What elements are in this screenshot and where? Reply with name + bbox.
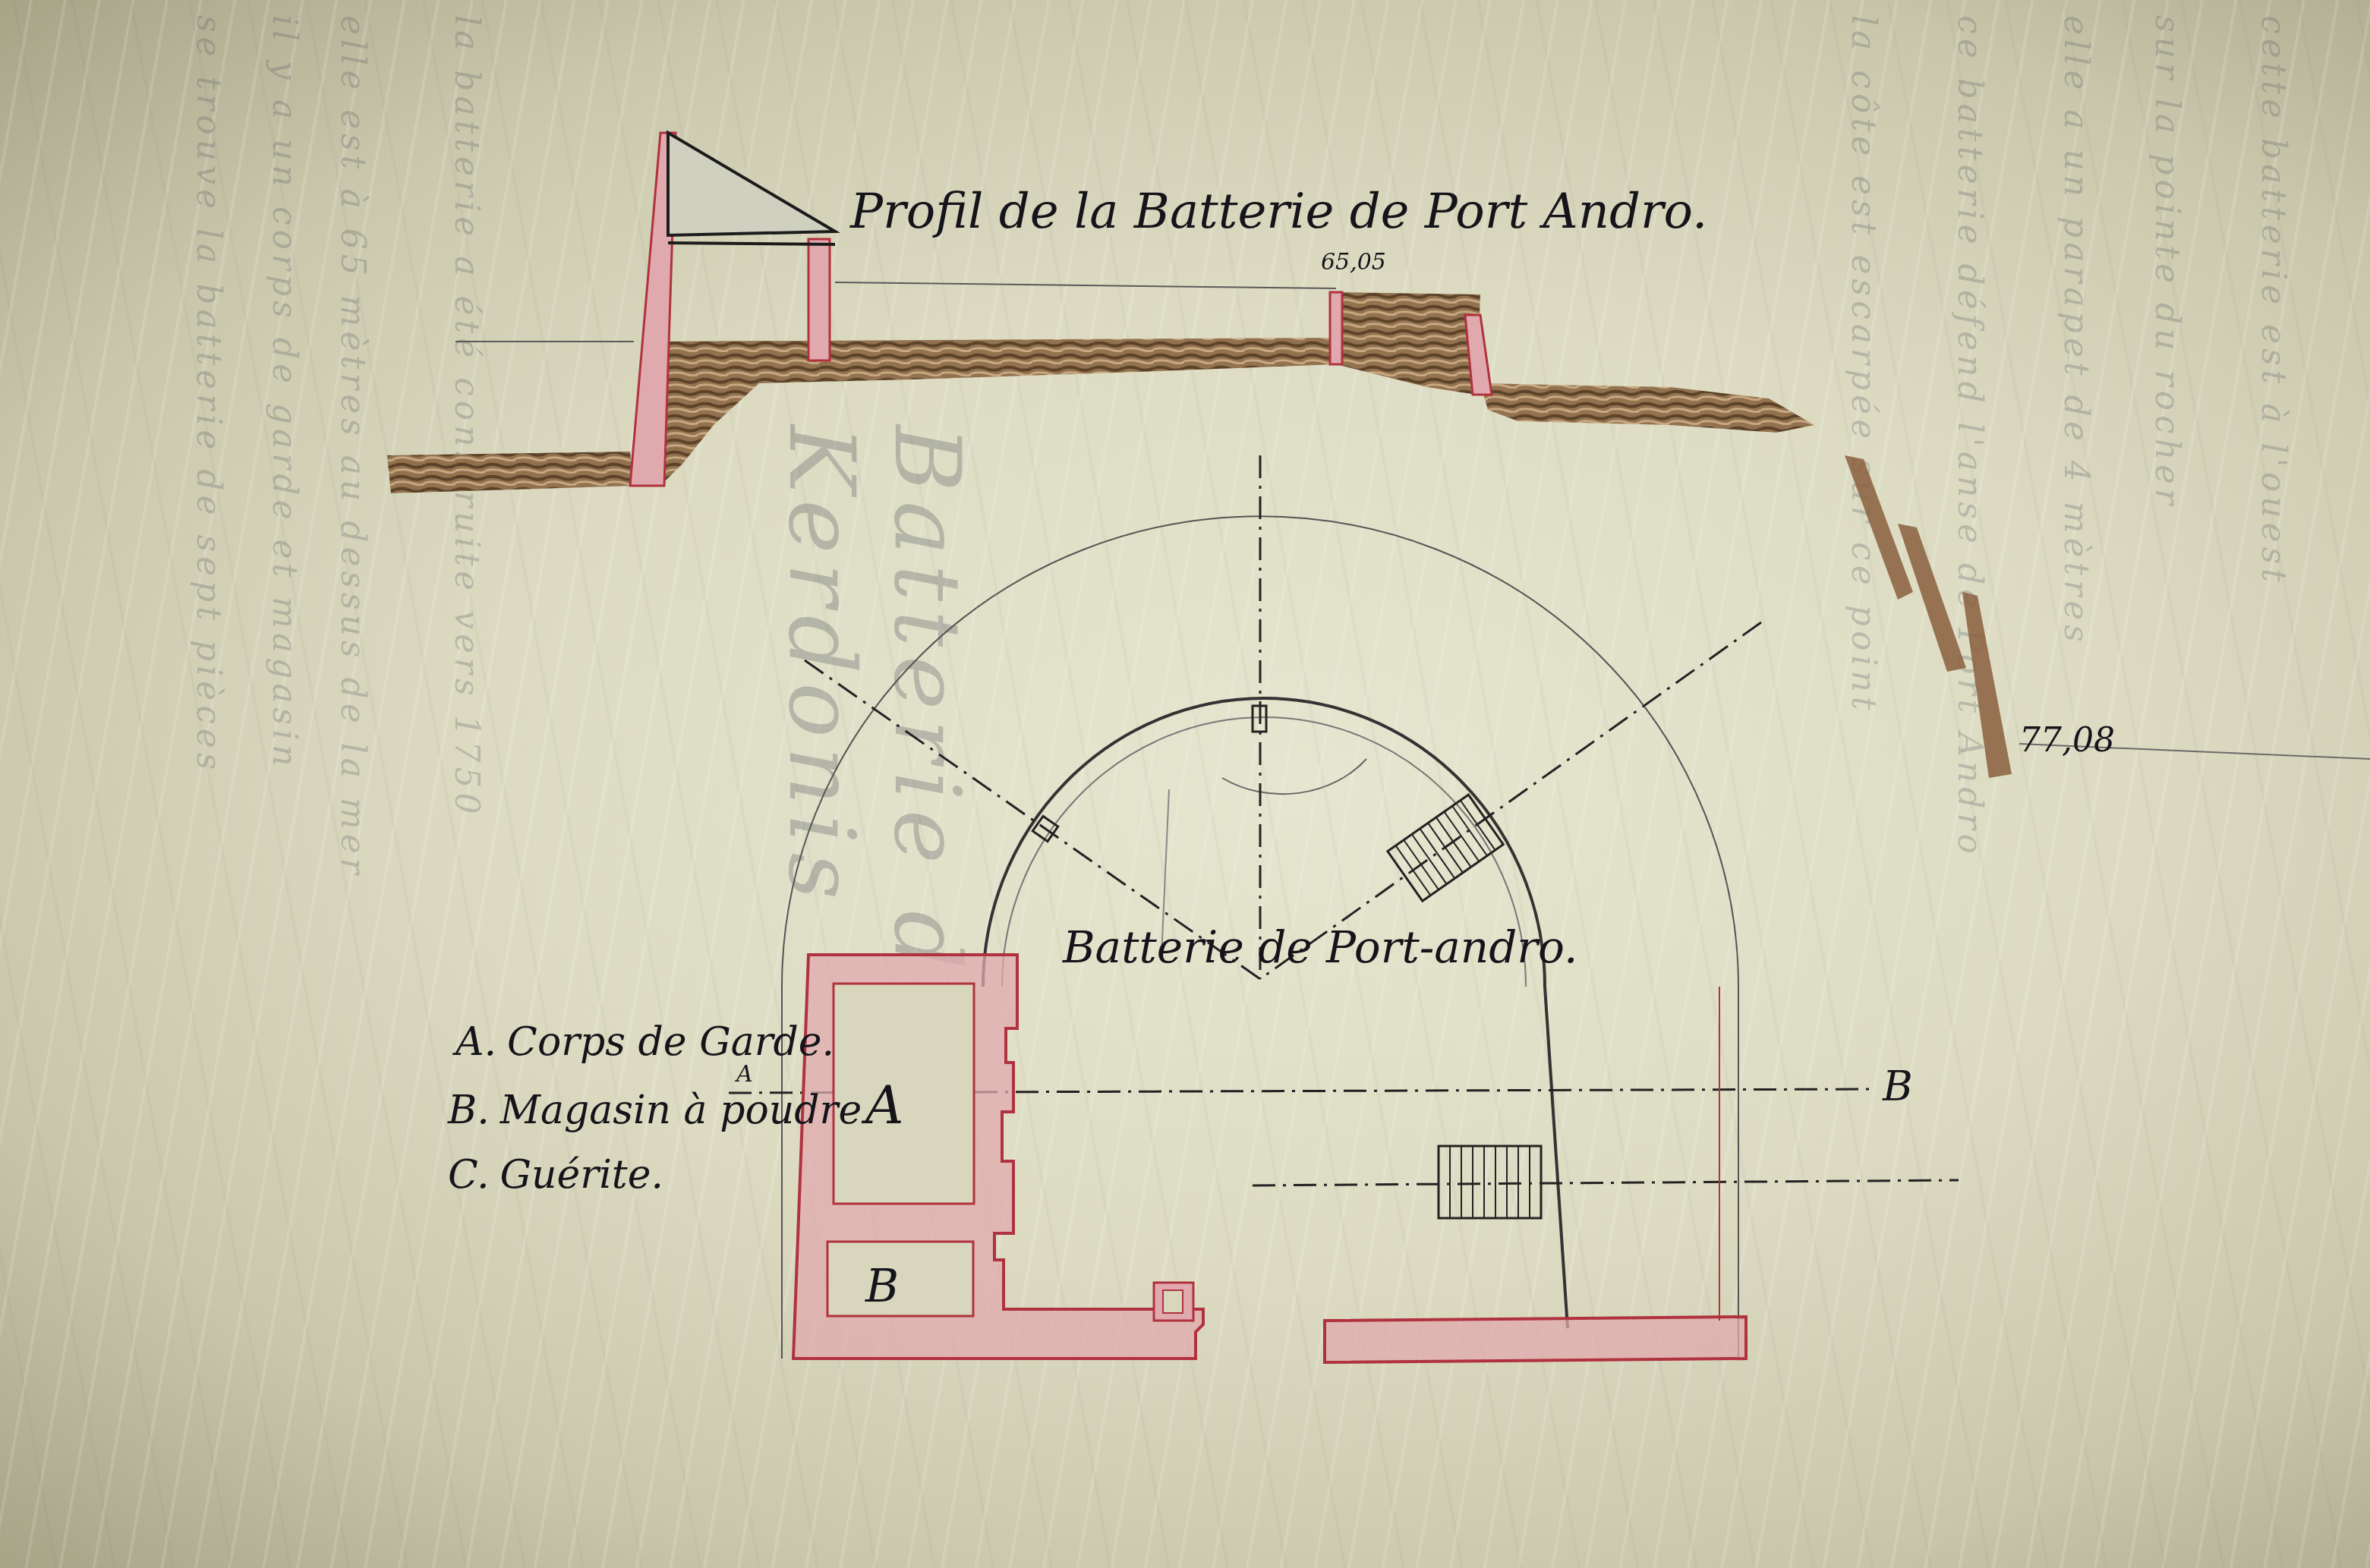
legend-item-b: B.Magasin à poudre — [447, 1088, 862, 1133]
terrain-parapet — [1336, 292, 1480, 395]
room-marker-a: A — [861, 1074, 904, 1136]
terrain-slope — [1480, 383, 1814, 433]
plan-section — [729, 455, 1959, 1362]
stairs-lower — [1439, 1146, 1541, 1218]
parapet-arch — [983, 698, 1568, 1328]
elevation-label-parapet: 65,05 — [1321, 249, 1386, 276]
building-wall-right — [808, 239, 830, 361]
profile-title: Profil de la Batterie de Port Andro. — [849, 184, 1707, 240]
drawing: Profil de la Batterie de Port Andro. 65,… — [0, 0, 2370, 1568]
cliff-stroke — [1898, 524, 1966, 672]
section-marker-b: B — [1882, 1063, 1913, 1110]
section-line-lower — [1253, 1180, 1959, 1185]
parapet-wall — [1330, 292, 1342, 364]
room-marker-b: B — [865, 1260, 899, 1313]
elevation-label-cliff: 77,08 — [2019, 721, 2115, 760]
masonry-right-wall — [1325, 1317, 1746, 1362]
terrain-left — [387, 452, 634, 493]
gun-platform-arc — [1222, 759, 1366, 794]
plan-title: Batterie de Port-andro. — [1062, 921, 1577, 973]
legend-item-c: C.Guérite. — [448, 1152, 663, 1198]
legend-item-a: A.Corps de Garde. — [452, 1019, 834, 1065]
room-magasin — [827, 1242, 973, 1316]
section-marker-a: A — [734, 1061, 753, 1088]
terrain-platform — [653, 338, 1336, 486]
building-roof — [668, 133, 835, 235]
cliff-stroke — [1962, 592, 2012, 778]
